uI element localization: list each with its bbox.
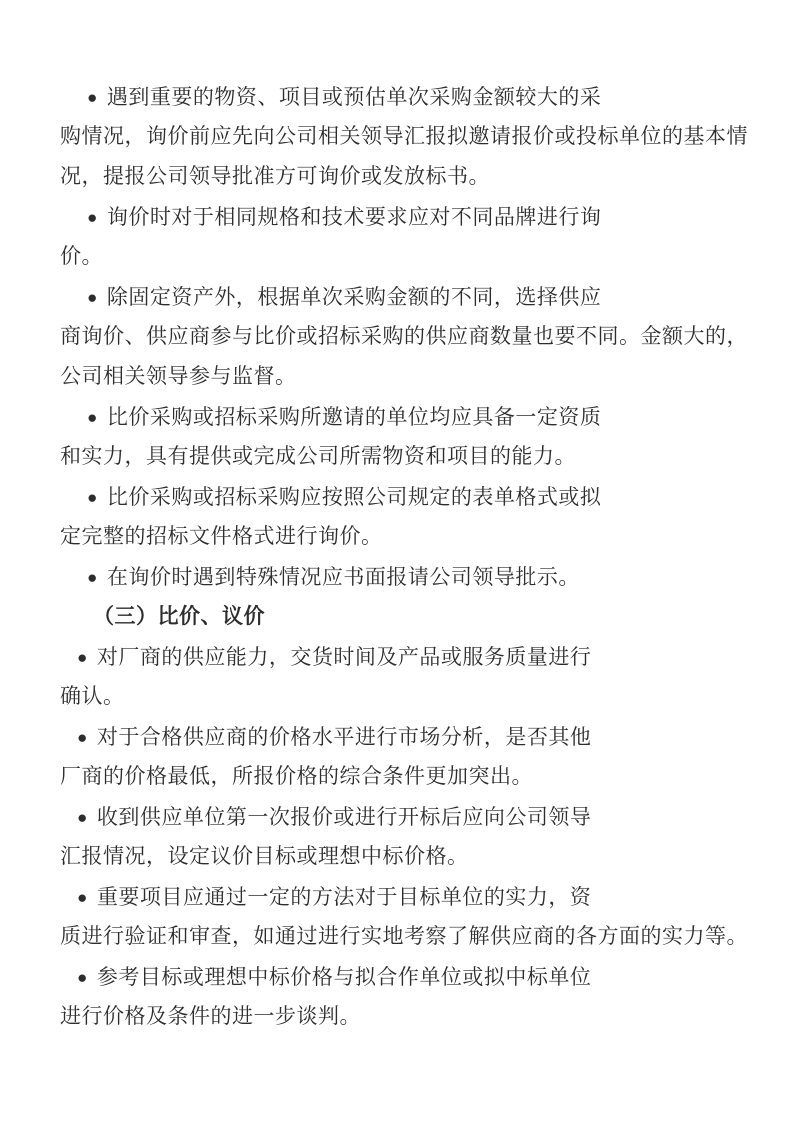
bullet-icon: ● (87, 477, 98, 517)
text-run: 遇到重要的物资、项目或预估单次采购金额较大的采 (107, 86, 602, 109)
text-line: 汇报情况，设定议价目标或理想中标价格。 (60, 837, 750, 877)
text-line: ●比价采购或招标采购所邀请的单位均应具备一定资质 (60, 397, 750, 437)
text-line: 质进行验证和审查，如通过进行实地考察了解供应商的各方面的实力等。 (60, 917, 750, 957)
text-run: 质进行验证和审查，如通过进行实地考察了解供应商的各方面的实力等。 (60, 925, 748, 948)
bullet-icon: ● (77, 957, 88, 997)
text-run: 收到供应单位第一次报价或进行开标后应向公司领导 (97, 806, 592, 829)
bullet-paragraph: ●重要项目应通过一定的方法对于目标单位的实力，资质进行验证和审查，如通过进行实地… (60, 877, 750, 957)
text-run: 公司相关领导参与监督。 (60, 365, 297, 388)
text-run: 确认。 (60, 685, 125, 708)
text-run: （三）比价、议价 (93, 605, 265, 628)
text-run: 除固定资产外，根据单次采购金额的不同，选择供应 (107, 286, 602, 309)
text-run: 参考目标或理想中标价格与拟合作单位或拟中标单位 (97, 966, 592, 989)
bullet-icon: ● (77, 797, 88, 837)
text-line: ●在询价时遇到特殊情况应书面报请公司领导批示。 (60, 557, 750, 597)
bullet-paragraph: ●收到供应单位第一次报价或进行开标后应向公司领导汇报情况，设定议价目标或理想中标… (60, 797, 750, 877)
text-line: ●遇到重要的物资、项目或预估单次采购金额较大的采 (60, 77, 750, 117)
text-line: 价。 (60, 237, 750, 277)
document-body: ●遇到重要的物资、项目或预估单次采购金额较大的采购情况，询价前应先向公司相关领导… (60, 77, 750, 1037)
bullet-icon: ● (87, 277, 98, 317)
text-line: ●参考目标或理想中标价格与拟合作单位或拟中标单位 (60, 957, 750, 997)
bullet-paragraph: ●比价采购或招标采购应按照公司规定的表单格式或拟定完整的招标文件格式进行询价。 (60, 477, 750, 557)
text-run: 重要项目应通过一定的方法对于目标单位的实力，资 (97, 886, 592, 909)
bullet-paragraph: ●比价采购或招标采购所邀请的单位均应具备一定资质和实力，具有提供或完成公司所需物… (60, 397, 750, 477)
text-run: 在询价时遇到特殊情况应书面报请公司领导批示。 (107, 566, 580, 589)
text-run: 比价采购或招标采购应按照公司规定的表单格式或拟 (107, 486, 602, 509)
text-run: 对厂商的供应能力，交货时间及产品或服务质量进行 (97, 646, 592, 669)
bullet-icon: ● (87, 77, 98, 117)
text-run: 进行价格及条件的进一步谈判。 (60, 1005, 361, 1028)
text-run: 定完整的招标文件格式进行询价。 (60, 525, 383, 548)
text-line: 确认。 (60, 677, 750, 717)
text-run: 和实力，具有提供或完成公司所需物资和项目的能力。 (60, 445, 576, 468)
text-run: 况，提报公司领导批准方可询价或发放标书。 (60, 165, 490, 188)
text-line: ●比价采购或招标采购应按照公司规定的表单格式或拟 (60, 477, 750, 517)
bullet-icon: ● (87, 397, 98, 437)
bullet-paragraph: ●参考目标或理想中标价格与拟合作单位或拟中标单位进行价格及条件的进一步谈判。 (60, 957, 750, 1037)
text-line: 况，提报公司领导批准方可询价或发放标书。 (60, 157, 750, 197)
text-line: 商询价、供应商参与比价或招标采购的供应商数量也要不同。金额大的， (60, 317, 750, 357)
section-heading: （三）比价、议价 (60, 597, 750, 637)
bullet-paragraph: ●除固定资产外，根据单次采购金额的不同，选择供应商询价、供应商参与比价或招标采购… (60, 277, 750, 397)
text-run: 商询价、供应商参与比价或招标采购的供应商数量也要不同。金额大的， (60, 325, 748, 348)
text-line: 定完整的招标文件格式进行询价。 (60, 517, 750, 557)
bullet-icon: ● (77, 637, 88, 677)
bullet-paragraph: ●对厂商的供应能力，交货时间及产品或服务质量进行确认。 (60, 637, 750, 717)
text-run: 询价时对于相同规格和技术要求应对不同品牌进行询 (107, 206, 602, 229)
text-line: ●重要项目应通过一定的方法对于目标单位的实力，资 (60, 877, 750, 917)
bullet-paragraph: ●在询价时遇到特殊情况应书面报请公司领导批示。 (60, 557, 750, 597)
text-run: 价。 (60, 245, 103, 268)
document-page: ●遇到重要的物资、项目或预估单次采购金额较大的采购情况，询价前应先向公司相关领导… (0, 0, 800, 1128)
text-line: ●除固定资产外，根据单次采购金额的不同，选择供应 (60, 277, 750, 317)
bullet-icon: ● (77, 877, 88, 917)
text-line: ●收到供应单位第一次报价或进行开标后应向公司领导 (60, 797, 750, 837)
text-run: 汇报情况，设定议价目标或理想中标价格。 (60, 845, 469, 868)
text-line: （三）比价、议价 (60, 597, 750, 637)
bullet-icon: ● (87, 197, 98, 237)
text-line: ●询价时对于相同规格和技术要求应对不同品牌进行询 (60, 197, 750, 237)
text-run: 比价采购或招标采购所邀请的单位均应具备一定资质 (107, 406, 602, 429)
text-line: 和实力，具有提供或完成公司所需物资和项目的能力。 (60, 437, 750, 477)
text-line: 厂商的价格最低，所报价格的综合条件更加突出。 (60, 757, 750, 797)
bullet-icon: ● (87, 557, 98, 597)
text-run: 对于合格供应商的价格水平进行市场分析，是否其他 (97, 726, 592, 749)
text-line: ●对于合格供应商的价格水平进行市场分析，是否其他 (60, 717, 750, 757)
bullet-paragraph: ●遇到重要的物资、项目或预估单次采购金额较大的采购情况，询价前应先向公司相关领导… (60, 77, 750, 197)
bullet-icon: ● (77, 717, 88, 757)
bullet-paragraph: ●询价时对于相同规格和技术要求应对不同品牌进行询价。 (60, 197, 750, 277)
text-line: 购情况，询价前应先向公司相关领导汇报拟邀请报价或投标单位的基本情 (60, 117, 750, 157)
text-line: 公司相关领导参与监督。 (60, 357, 750, 397)
text-run: 厂商的价格最低，所报价格的综合条件更加突出。 (60, 765, 533, 788)
text-line: ●对厂商的供应能力，交货时间及产品或服务质量进行 (60, 637, 750, 677)
text-line: 进行价格及条件的进一步谈判。 (60, 997, 750, 1037)
bullet-paragraph: ●对于合格供应商的价格水平进行市场分析，是否其他厂商的价格最低，所报价格的综合条… (60, 717, 750, 797)
text-run: 购情况，询价前应先向公司相关领导汇报拟邀请报价或投标单位的基本情 (60, 125, 748, 148)
